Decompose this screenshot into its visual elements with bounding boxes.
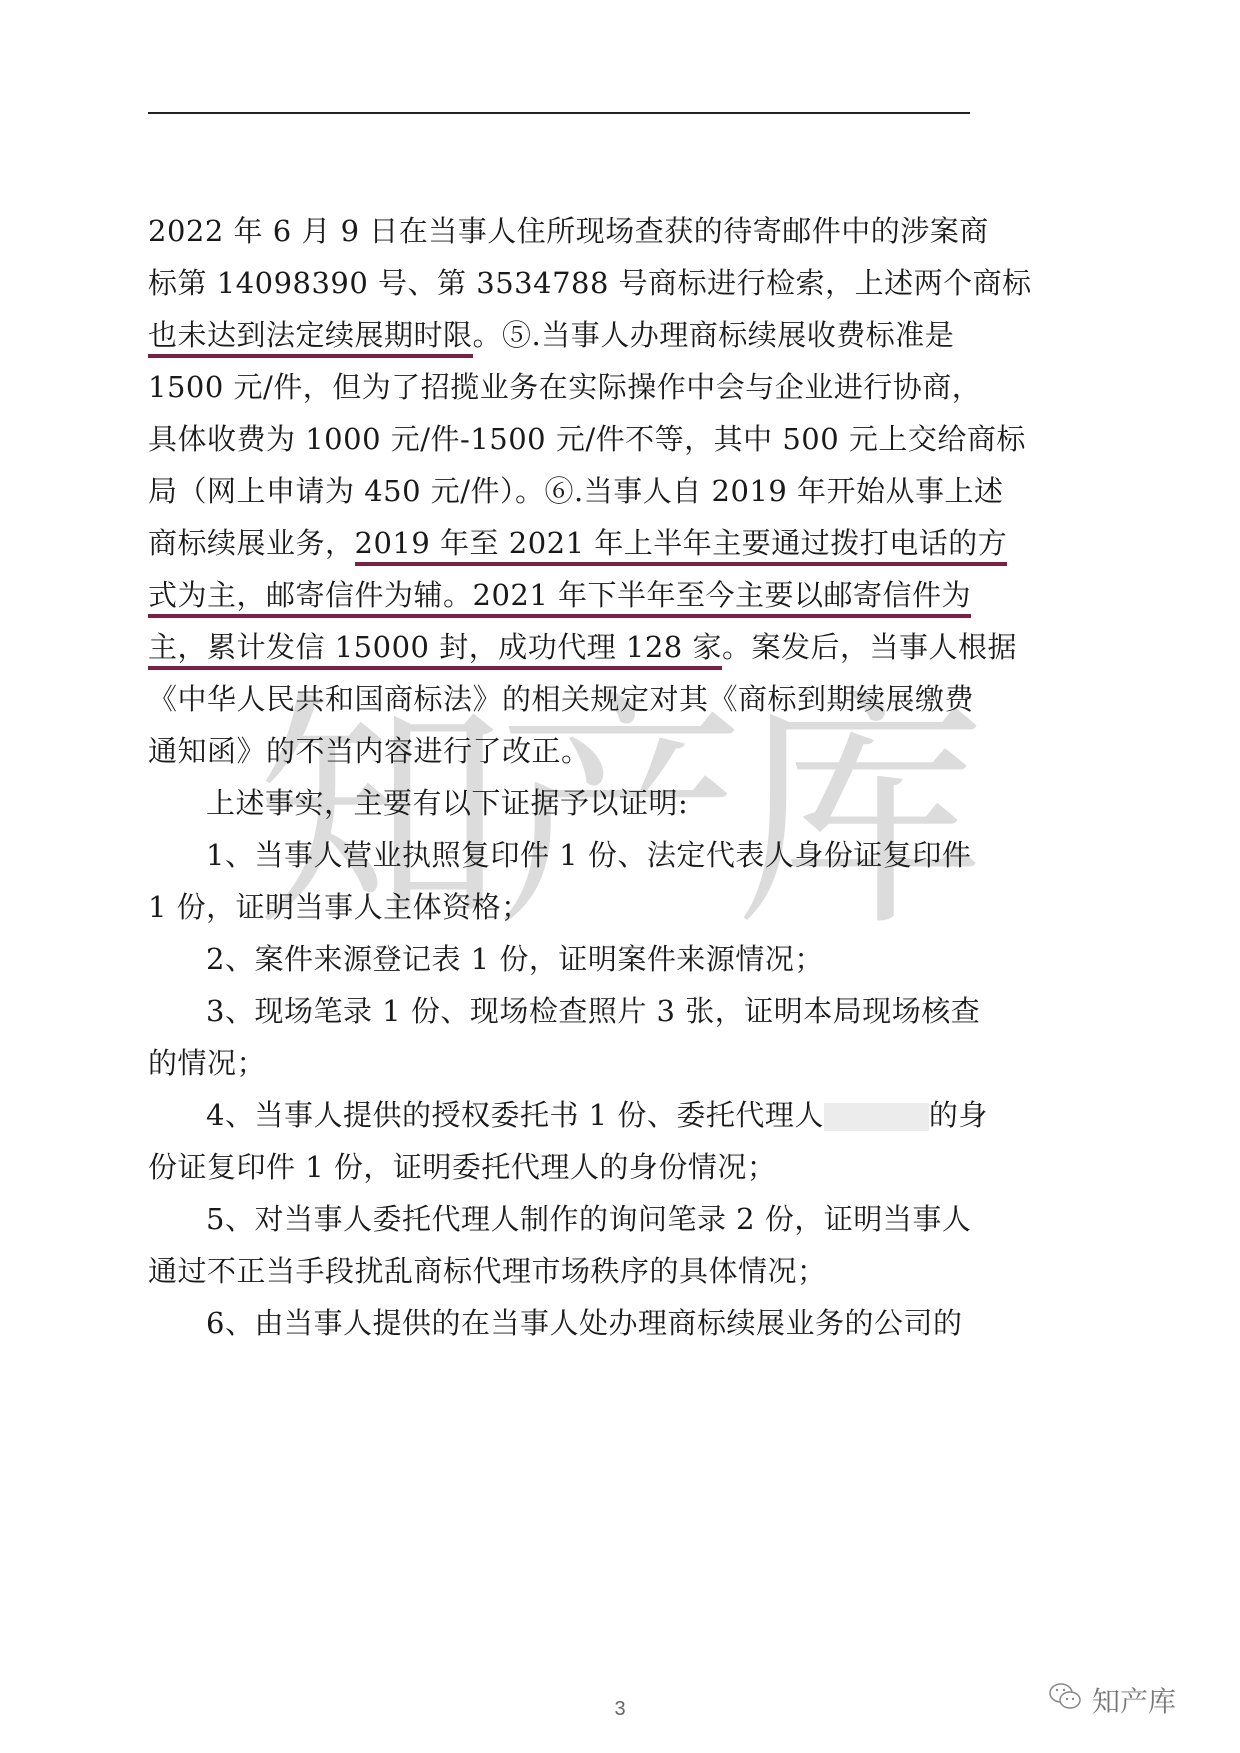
text-line: 份证复印件 1 份，证明委托代理人的身份情况； [148, 1141, 970, 1193]
evidence-item-1: 1、当事人营业执照复印件 1 份、法定代表人身份证复印件 [148, 829, 970, 881]
text-line: 通过不正当手段扰乱商标代理市场秩序的具体情况； [148, 1245, 970, 1297]
text-line: 《中华人民共和国商标法》的相关规定对其《商标到期续展缴费 [148, 673, 970, 725]
text-line: 也未达到法定续展期时限。⑤.当事人办理商标续展收费标准是 [148, 309, 970, 361]
document-body: 2022 年 6 月 9 日在当事人住所现场查获的待寄邮件中的涉案商 标第 14… [148, 205, 970, 1349]
highlighted-phrase: 主，累计发信 15000 封，成功代理 128 家 [148, 630, 722, 670]
evidence-intro: 上述事实，主要有以下证据予以证明: [148, 777, 970, 829]
evidence-item-4: 4、当事人提供的授权委托书 1 份、委托代理人的身 [148, 1089, 970, 1141]
brand-badge: 知产库 [1048, 1680, 1176, 1720]
text-line: 通知函》的不当内容进行了改正。 [148, 725, 970, 777]
brand-name: 知产库 [1092, 1680, 1176, 1720]
text-segment: 。案发后，当事人根据 [722, 630, 1017, 664]
highlighted-phrase: 也未达到法定续展期时限 [148, 318, 473, 358]
text-line: 的情况； [148, 1037, 970, 1089]
evidence-item-6: 6、由当事人提供的在当事人处办理商标续展业务的公司的 [148, 1297, 970, 1349]
text-segment: 的身 [929, 1098, 988, 1132]
text-line: 局（网上申请为 450 元/件）。⑥.当事人自 2019 年开始从事上述 [148, 465, 970, 517]
wechat-icon [1048, 1681, 1084, 1720]
text-line: 具体收费为 1000 元/件-1500 元/件不等，其中 500 元上交给商标 [148, 413, 970, 465]
document-page: 知产库 2022 年 6 月 9 日在当事人住所现场查获的待寄邮件中的涉案商 标… [0, 0, 1240, 1753]
text-line: 2022 年 6 月 9 日在当事人住所现场查获的待寄邮件中的涉案商 [148, 205, 970, 257]
text-line: 式为主，邮寄信件为辅。2021 年下半年至今主要以邮寄信件为 [148, 569, 970, 621]
header-rule [148, 112, 970, 114]
text-segment: 。⑤.当事人办理商标续展收费标准是 [473, 318, 955, 352]
redacted-name [824, 1103, 929, 1131]
text-segment: 商标续展业务， [148, 526, 355, 560]
evidence-item-2: 2、案件来源登记表 1 份，证明案件来源情况； [148, 933, 970, 985]
text-segment: 4、当事人提供的授权委托书 1 份、委托代理人 [206, 1098, 824, 1132]
highlighted-phrase: 2019 年至 2021 年上半年主要通过拨打电话的方 [355, 526, 1008, 566]
highlighted-phrase: 式为主，邮寄信件为辅。2021 年下半年至今主要以邮寄信件为 [148, 578, 971, 618]
text-line: 商标续展业务，2019 年至 2021 年上半年主要通过拨打电话的方 [148, 517, 970, 569]
text-line: 标第 14098390 号、第 3534788 号商标进行检索，上述两个商标 [148, 257, 970, 309]
evidence-item-3: 3、现场笔录 1 份、现场检查照片 3 张，证明本局现场核查 [148, 985, 970, 1037]
text-line: 1500 元/件，但为了招揽业务在实际操作中会与企业进行协商， [148, 361, 970, 413]
evidence-item-5: 5、对当事人委托代理人制作的询问笔录 2 份，证明当事人 [148, 1193, 970, 1245]
text-line: 1 份，证明当事人主体资格； [148, 881, 970, 933]
text-line: 主，累计发信 15000 封，成功代理 128 家。案发后，当事人根据 [148, 621, 970, 673]
